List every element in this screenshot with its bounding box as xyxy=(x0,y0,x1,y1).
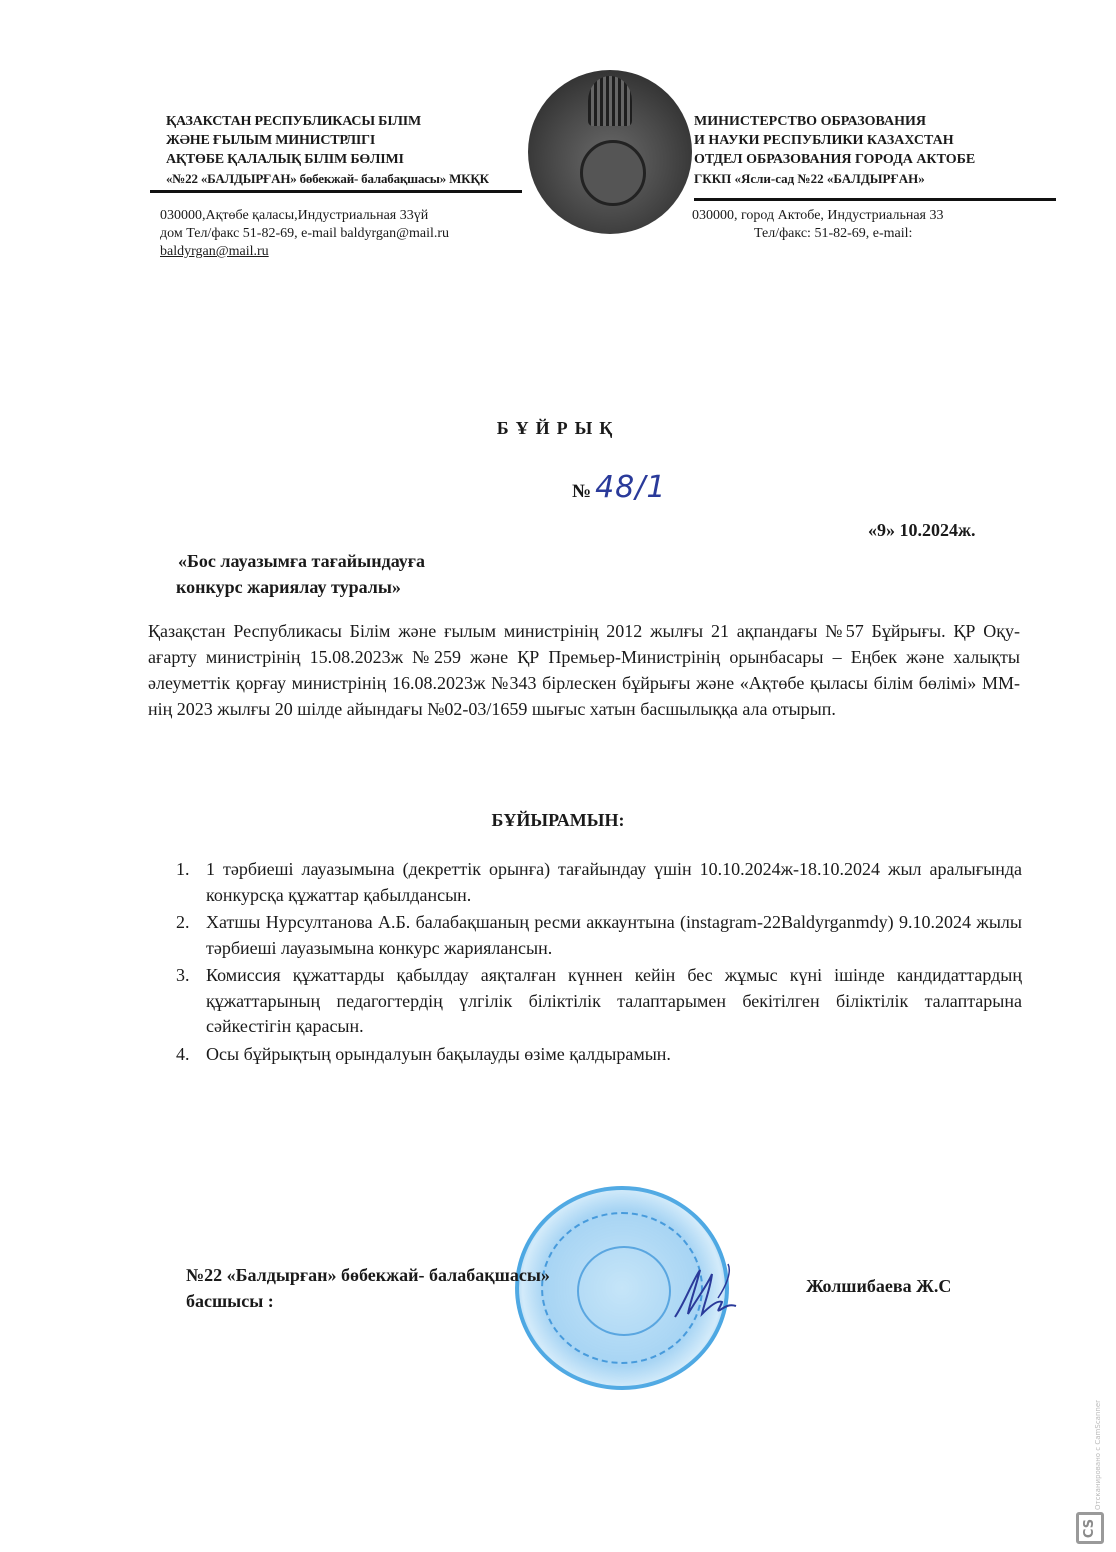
emblem-rays xyxy=(588,76,632,126)
header-right-line: ГККП «Ясли-сад №22 «БАЛДЫРҒАН» xyxy=(694,169,975,188)
order-heading: БҰЙЫРАМЫН: xyxy=(0,810,1116,831)
item-number: 4. xyxy=(176,1042,190,1068)
item-text: Осы бұйрықтың орындалуын бақылауды өзіме… xyxy=(206,1044,671,1064)
header-right-address: 030000, город Актобе, Индустриальная 33 … xyxy=(692,207,944,243)
watermark-text: Отсканировано с CamScanner xyxy=(1094,1400,1102,1510)
camscanner-logo-icon: CS xyxy=(1076,1512,1104,1544)
scanner-watermark: Отсканировано с CamScanner xyxy=(1090,1400,1110,1510)
header-right-divider xyxy=(694,198,1056,201)
order-items-list: 1. 1 тәрбиеші лауазымына (декреттік орын… xyxy=(176,857,1022,1069)
email-link[interactable]: baldyrgan@mail.ru xyxy=(160,243,449,261)
emblem-center xyxy=(580,140,646,206)
subject-line: конкурс жариялау туралы» xyxy=(176,574,425,600)
number-handwritten: 48/1 xyxy=(595,470,666,505)
header-left-address: 030000,Ақтөбе қаласы,Индустриальная 33үй… xyxy=(160,207,449,261)
camscanner-logo-text: CS xyxy=(1083,1518,1098,1537)
signatory-org-line: №22 «Балдырған» бөбекжай- балабақшасы» xyxy=(186,1262,550,1288)
header-left-divider xyxy=(150,190,522,193)
stamp-core xyxy=(577,1246,671,1336)
address-line: 030000,Ақтөбе қаласы,Индустриальная 33үй xyxy=(160,207,449,225)
address-line: Тел/факс: 51-82-69, e-mail: xyxy=(692,225,944,243)
handwritten-signature-icon xyxy=(670,1262,740,1322)
header-right-org: МИНИСТЕРСТВО ОБРАЗОВАНИЯ И НАУКИ РЕСПУБЛ… xyxy=(694,112,975,188)
signatory-title: басшысы : xyxy=(186,1288,550,1314)
item-number: 1. xyxy=(176,857,190,883)
header-right-line: И НАУКИ РЕСПУБЛИКИ КАЗАХСТАН xyxy=(694,131,975,150)
header-left-line: «№22 «БАЛДЫРҒАН» бөбекжай- балабақшасы» … xyxy=(166,169,489,188)
header-left-line: ҚАЗАКСТАН РЕСПУБЛИКАСЫ БІЛІМ xyxy=(166,112,489,131)
item-text: Хатшы Нурсултанова А.Б. балабақшаның рес… xyxy=(206,912,1022,958)
header-left-org: ҚАЗАКСТАН РЕСПУБЛИКАСЫ БІЛІМ ЖӘНЕ ҒЫЛЫМ … xyxy=(166,112,489,188)
item-text: Комиссия құжаттарды қабылдау аяқталған к… xyxy=(206,965,1022,1036)
state-emblem-icon xyxy=(528,70,692,234)
signatory-name: Жолшибаева Ж.С xyxy=(806,1276,951,1297)
item-text: 1 тәрбиеші лауазымына (декреттік орынға)… xyxy=(206,859,1022,905)
document-title: БҰЙРЫҚ xyxy=(0,418,1116,439)
header-left-line: ЖӘНЕ ҒЫЛЫМ МИНИСТРЛІГІ xyxy=(166,131,489,150)
signatory-org: №22 «Балдырған» бөбекжай- балабақшасы» б… xyxy=(186,1262,550,1314)
header-left-line: АҚТӨБЕ ҚАЛАЛЫҚ БІЛІМ БӨЛІМІ xyxy=(166,150,489,169)
address-line: 030000, город Актобе, Индустриальная 33 xyxy=(692,207,944,225)
subject-line: «Бос лауазымға тағайындауға xyxy=(178,548,425,574)
number-prefix: № xyxy=(572,481,591,502)
list-item: 2.Хатшы Нурсултанова А.Б. балабақшаның р… xyxy=(176,910,1022,961)
item-number: 3. xyxy=(176,963,190,989)
header-right-line: МИНИСТЕРСТВО ОБРАЗОВАНИЯ xyxy=(694,112,975,131)
list-item: 3.Комиссия құжаттарды қабылдау аяқталған… xyxy=(176,963,1022,1040)
document-subject: «Бос лауазымға тағайындауға конкурс жари… xyxy=(178,548,425,600)
item-number: 2. xyxy=(176,910,190,936)
preamble-paragraph: Қазақстан Республикасы Білім және ғылым … xyxy=(148,618,1020,722)
document-date: «9» 10.2024ж. xyxy=(868,520,976,541)
header-right-line: ОТДЕЛ ОБРАЗОВАНИЯ ГОРОДА АКТОБЕ xyxy=(694,150,975,169)
list-item: 4.Осы бұйрықтың орындалуын бақылауды өзі… xyxy=(176,1042,1022,1068)
document-number: №48/1 xyxy=(572,470,666,505)
list-item: 1. 1 тәрбиеші лауазымына (декреттік орын… xyxy=(176,857,1022,908)
address-line: дом Тел/факс 51-82-69, e-mail baldyrgan@… xyxy=(160,225,449,243)
